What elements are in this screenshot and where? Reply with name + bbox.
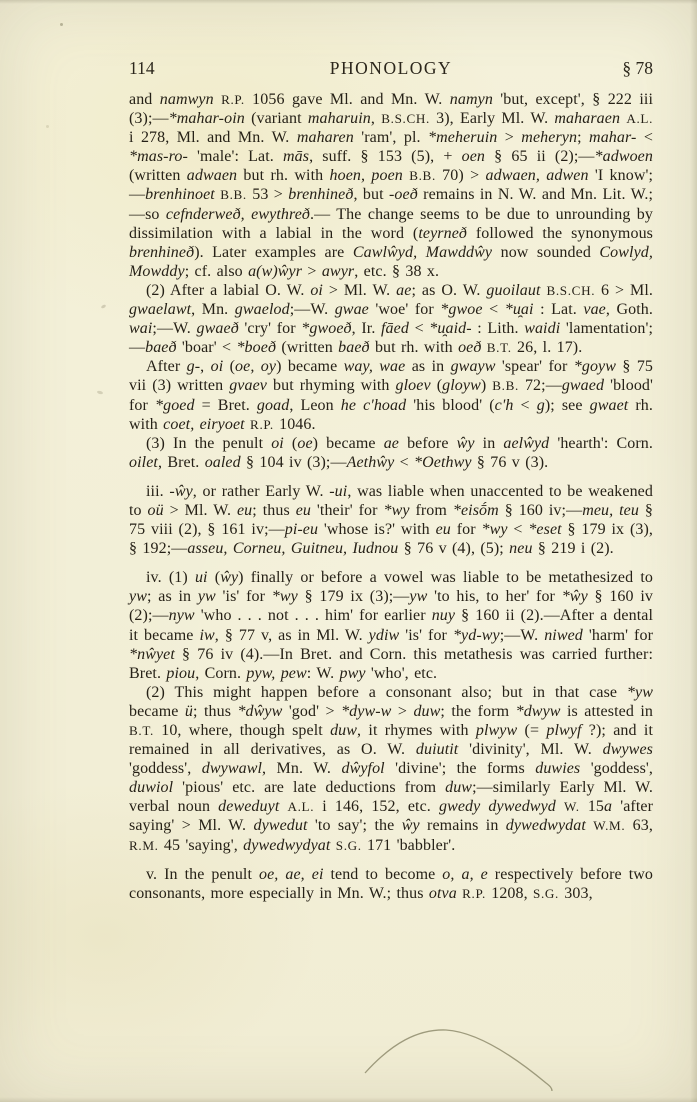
page-number: 114 (129, 58, 155, 79)
paragraph: iii. -ŵy, or rather Early W. -ui, was li… (129, 482, 653, 558)
paragraph: (2) This might happen before a consonant… (129, 683, 653, 855)
paragraph: After g-, oi (oe, oy) became way, wae as… (129, 357, 653, 433)
page-edge-top (0, 0, 697, 4)
paragraph: v. In the penult oe, ae, ei tend to beco… (129, 865, 653, 903)
scan-speck (60, 23, 63, 26)
paragraph: iv. (1) ui (ŵy) finally or before a vowe… (129, 568, 653, 683)
running-title: PHONOLOGY (129, 58, 653, 79)
body-text: and namwyn R.P. 1056 gave Ml. and Mn. W.… (129, 90, 653, 903)
page-edge-bottom (0, 1097, 697, 1102)
paragraph: and namwyn R.P. 1056 gave Ml. and Mn. W.… (129, 90, 653, 281)
paragraph: (2) After a labial O. W. oi > Ml. W. ae;… (129, 281, 653, 357)
page-header: PHONOLOGY 114 § 78 (129, 58, 653, 79)
scan-speck (97, 390, 104, 394)
scanned-book-page: PHONOLOGY 114 § 78 and namwyn R.P. 1056 … (0, 0, 697, 1102)
page-edge-right (690, 0, 697, 1102)
scan-speck (101, 304, 107, 309)
section-number: § 78 (622, 58, 653, 79)
scan-speck (46, 125, 49, 128)
paragraph: (3) In the penult oi (oe) became ae befo… (129, 434, 653, 472)
